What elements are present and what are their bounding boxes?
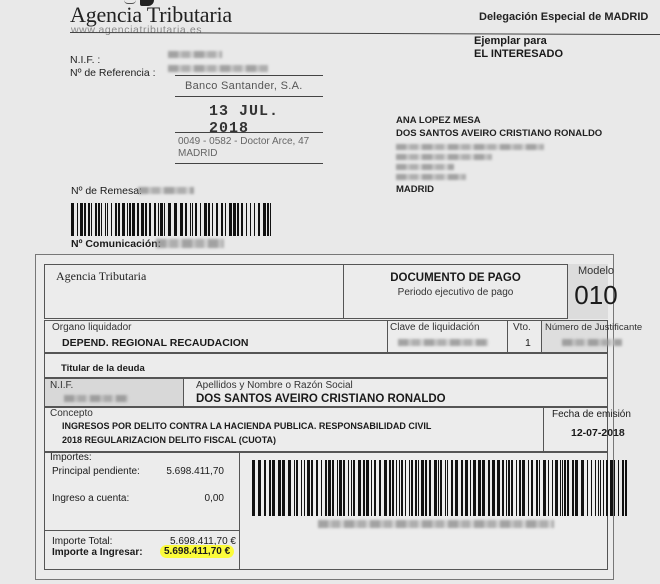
principal-label: Principal pendiente: bbox=[52, 466, 140, 477]
fecha-emision-label: Fecha de emisión bbox=[552, 409, 631, 420]
divider bbox=[507, 320, 508, 353]
divider bbox=[239, 452, 240, 570]
concepto-line2: 2018 REGULARIZACION DELITO FISCAL (CUOTA… bbox=[62, 435, 276, 445]
copy-for-value: EL INTERESADO bbox=[474, 48, 563, 60]
stamp-rule bbox=[175, 96, 323, 97]
modelo-number: 010 bbox=[566, 280, 626, 311]
fecha-emision-value: 12-07-2018 bbox=[571, 427, 625, 439]
stamp-address-line2: MADRID bbox=[178, 148, 309, 160]
divider bbox=[387, 320, 388, 353]
importe-ingresar-value: 5.698.411,70 € bbox=[160, 545, 234, 558]
recipient-redacted bbox=[396, 164, 454, 170]
principal-value: 5.698.411,70 bbox=[160, 466, 224, 477]
document-subtitle: Periodo ejecutivo de pago bbox=[344, 287, 567, 298]
recipient-redacted bbox=[396, 154, 492, 160]
nif-label: N.I.F. : bbox=[70, 54, 100, 66]
stamp-address: 0049 - 0582 - Doctor Arce, 47 MADRID bbox=[178, 136, 309, 160]
stamp-rule bbox=[175, 75, 323, 76]
concepto-line1: INGRESOS POR DELITO CONTRA LA HACIENDA P… bbox=[62, 421, 431, 431]
justificante-label: Número de Justificante bbox=[545, 322, 642, 333]
divider bbox=[543, 407, 544, 452]
bank-stamp: Banco Santander, S.A. 13 JUL. 2018 0049 … bbox=[175, 73, 325, 168]
taxpayer-nif-label: N.I.F. bbox=[50, 380, 73, 391]
divider bbox=[183, 378, 184, 407]
stamp-bank-name: Banco Santander, S.A. bbox=[185, 80, 303, 92]
divider bbox=[541, 320, 542, 353]
ingreso-cuenta-label: Ingreso a cuenta: bbox=[52, 493, 129, 504]
justificante-redacted bbox=[562, 339, 622, 346]
document-title: DOCUMENTO DE PAGO bbox=[344, 272, 567, 284]
remesa-label: Nº de Remesa: bbox=[71, 185, 142, 197]
titular-label: Titular de la deuda bbox=[61, 363, 145, 374]
reference-label: Nº de Referencia : bbox=[70, 67, 156, 79]
taxpayer-name: DOS SANTOS AVEIRO CRISTIANO RONALDO bbox=[196, 393, 446, 405]
modelo-label: Modelo bbox=[566, 265, 626, 277]
comunicacion-redacted bbox=[156, 239, 224, 248]
taxpayer-name-label: Apellidos y Nombre o Razón Social bbox=[196, 380, 353, 391]
importe-ingresar-label: Importe a Ingresar: bbox=[52, 547, 143, 558]
organo-value: DEPEND. REGIONAL RECAUDACION bbox=[62, 337, 249, 349]
comunicacion-label: Nº Comunicación: bbox=[71, 238, 161, 250]
recipient-address: ANA LOPEZ MESA DOS SANTOS AVEIRO CRISTIA… bbox=[396, 115, 602, 197]
taxpayer-nif-redacted bbox=[64, 395, 128, 402]
clave-redacted bbox=[398, 339, 488, 346]
recipient-redacted bbox=[396, 174, 466, 180]
clave-label: Clave de liquidación bbox=[390, 322, 480, 333]
importe-total-label: Importe Total: bbox=[52, 536, 112, 547]
importes-label: Importes: bbox=[50, 452, 92, 463]
divider bbox=[44, 530, 240, 531]
concepto-label: Concepto bbox=[50, 408, 93, 419]
stamp-rule bbox=[175, 163, 323, 164]
form-agency: Agencia Tributaria bbox=[56, 269, 146, 284]
agency-url: www.agenciatributaria.es bbox=[71, 24, 202, 36]
ingreso-cuenta-value: 0,00 bbox=[160, 493, 224, 504]
payment-barcode bbox=[252, 460, 630, 516]
stamp-address-line1: 0049 - 0582 - Doctor Arce, 47 bbox=[178, 136, 309, 148]
recipient-redacted bbox=[396, 144, 544, 150]
stamp-rule bbox=[175, 132, 323, 133]
remesa-redacted bbox=[138, 187, 194, 194]
recipient-line1: ANA LOPEZ MESA bbox=[396, 115, 602, 128]
organo-label: Organo liquidador bbox=[52, 322, 132, 333]
vto-label: Vto. bbox=[513, 322, 531, 333]
reference-redacted bbox=[168, 65, 268, 72]
copy-for-label: Ejemplar para bbox=[474, 35, 547, 47]
recipient-line2: DOS SANTOS AVEIRO CRISTIANO RONALDO bbox=[396, 128, 602, 141]
recipient-city: MADRID bbox=[396, 184, 602, 197]
delegation-name: Delegación Especial de MADRID bbox=[479, 11, 648, 23]
nif-redacted bbox=[168, 51, 222, 58]
barcode-number-redacted bbox=[318, 520, 554, 528]
vto-value: 1 bbox=[525, 337, 531, 349]
remesa-barcode bbox=[71, 203, 274, 236]
